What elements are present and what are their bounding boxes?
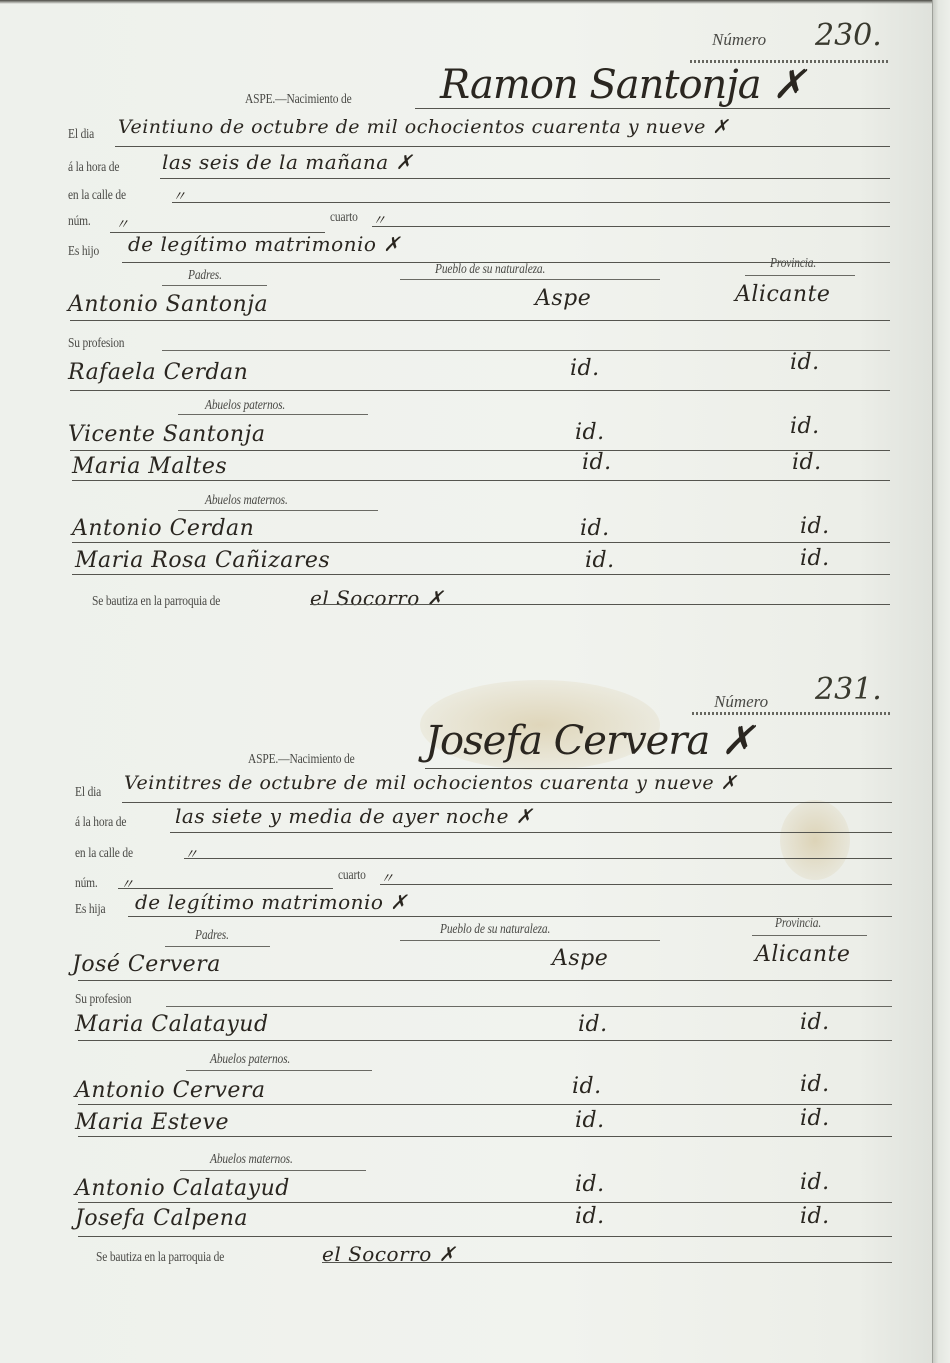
el-dia-label: El dia bbox=[75, 785, 101, 801]
profesion-label: Su profesion bbox=[75, 992, 131, 1008]
paternal-grandfather-provincia: id. bbox=[800, 1072, 830, 1097]
father-provincia: Alicante bbox=[755, 942, 850, 967]
maternal-grandmother-name: Josefa Calpena bbox=[75, 1206, 248, 1231]
birth-hour: las siete y media de ayer noche ✗ bbox=[175, 804, 533, 828]
number-dotted-rule bbox=[692, 712, 892, 715]
cuarto-label: cuarto bbox=[338, 868, 366, 884]
provincia-header: Provincia. bbox=[775, 916, 821, 932]
nacimiento-label: ASPE.—Nacimiento de bbox=[248, 752, 355, 768]
street-value: 〃 bbox=[184, 844, 199, 864]
rule bbox=[425, 768, 892, 769]
es-hija-label: Es hija bbox=[75, 902, 105, 918]
rule bbox=[166, 1006, 892, 1007]
rule bbox=[184, 858, 892, 859]
padres-header: Padres. bbox=[195, 928, 229, 944]
legitimacy-value: de legítimo matrimonio ✗ bbox=[135, 890, 408, 914]
rule bbox=[186, 1070, 372, 1071]
rule bbox=[165, 946, 270, 947]
paternal-grandfather-pueblo: id. bbox=[572, 1074, 602, 1099]
pueblo-header: Pueblo de su naturaleza. bbox=[440, 922, 550, 938]
mother-name: Maria Calatayud bbox=[75, 1012, 269, 1037]
rule bbox=[78, 980, 892, 981]
rule bbox=[170, 832, 892, 833]
abuelos-paternos-header: Abuelos paternos. bbox=[210, 1052, 290, 1068]
maternal-grandmother-pueblo: id. bbox=[575, 1204, 605, 1229]
maternal-grandfather-pueblo: id. bbox=[575, 1172, 605, 1197]
birth-entry-231: Número 231. ASPE.—Nacimiento de Josefa C… bbox=[0, 0, 932, 1363]
bautiza-label: Se bautiza en la parroquia de bbox=[96, 1250, 224, 1266]
entry-number: 231. bbox=[815, 672, 882, 707]
rule bbox=[180, 1170, 366, 1171]
mother-pueblo: id. bbox=[578, 1012, 608, 1037]
cuarto-value: 〃 bbox=[380, 868, 395, 888]
paternal-grandmother-pueblo: id. bbox=[575, 1108, 605, 1133]
child-name: Josefa Cervera ✗ bbox=[425, 718, 754, 764]
paternal-grandmother-provincia: id. bbox=[800, 1106, 830, 1131]
maternal-grandfather-name: Antonio Calatayud bbox=[75, 1176, 290, 1201]
rule bbox=[400, 940, 660, 941]
birth-date: Veintitres de octubre de mil ochocientos… bbox=[124, 772, 737, 794]
calle-label: en la calle de bbox=[75, 846, 133, 862]
abuelos-maternos-header: Abuelos maternos. bbox=[210, 1152, 293, 1168]
rule bbox=[752, 935, 867, 936]
num-label: núm. bbox=[75, 876, 98, 892]
maternal-grandmother-provincia: id. bbox=[800, 1204, 830, 1229]
num-value: 〃 bbox=[120, 874, 135, 894]
paternal-grandmother-name: Maria Esteve bbox=[75, 1110, 229, 1135]
rule bbox=[78, 1104, 892, 1105]
rule bbox=[380, 884, 892, 885]
paternal-grandfather-name: Antonio Cervera bbox=[75, 1078, 266, 1103]
mother-provincia: id. bbox=[800, 1010, 830, 1035]
father-name: José Cervera bbox=[72, 952, 221, 977]
rule bbox=[322, 1262, 892, 1263]
rule bbox=[78, 1136, 892, 1137]
numero-label: Número bbox=[714, 692, 768, 712]
hora-label: á la hora de bbox=[75, 815, 126, 831]
book-spine bbox=[932, 0, 950, 1363]
father-pueblo: Aspe bbox=[552, 946, 608, 971]
rule bbox=[78, 1236, 892, 1237]
maternal-grandfather-provincia: id. bbox=[800, 1170, 830, 1195]
rule bbox=[78, 1202, 892, 1203]
rule bbox=[122, 802, 892, 803]
rule bbox=[78, 1040, 892, 1041]
rule bbox=[118, 888, 333, 889]
